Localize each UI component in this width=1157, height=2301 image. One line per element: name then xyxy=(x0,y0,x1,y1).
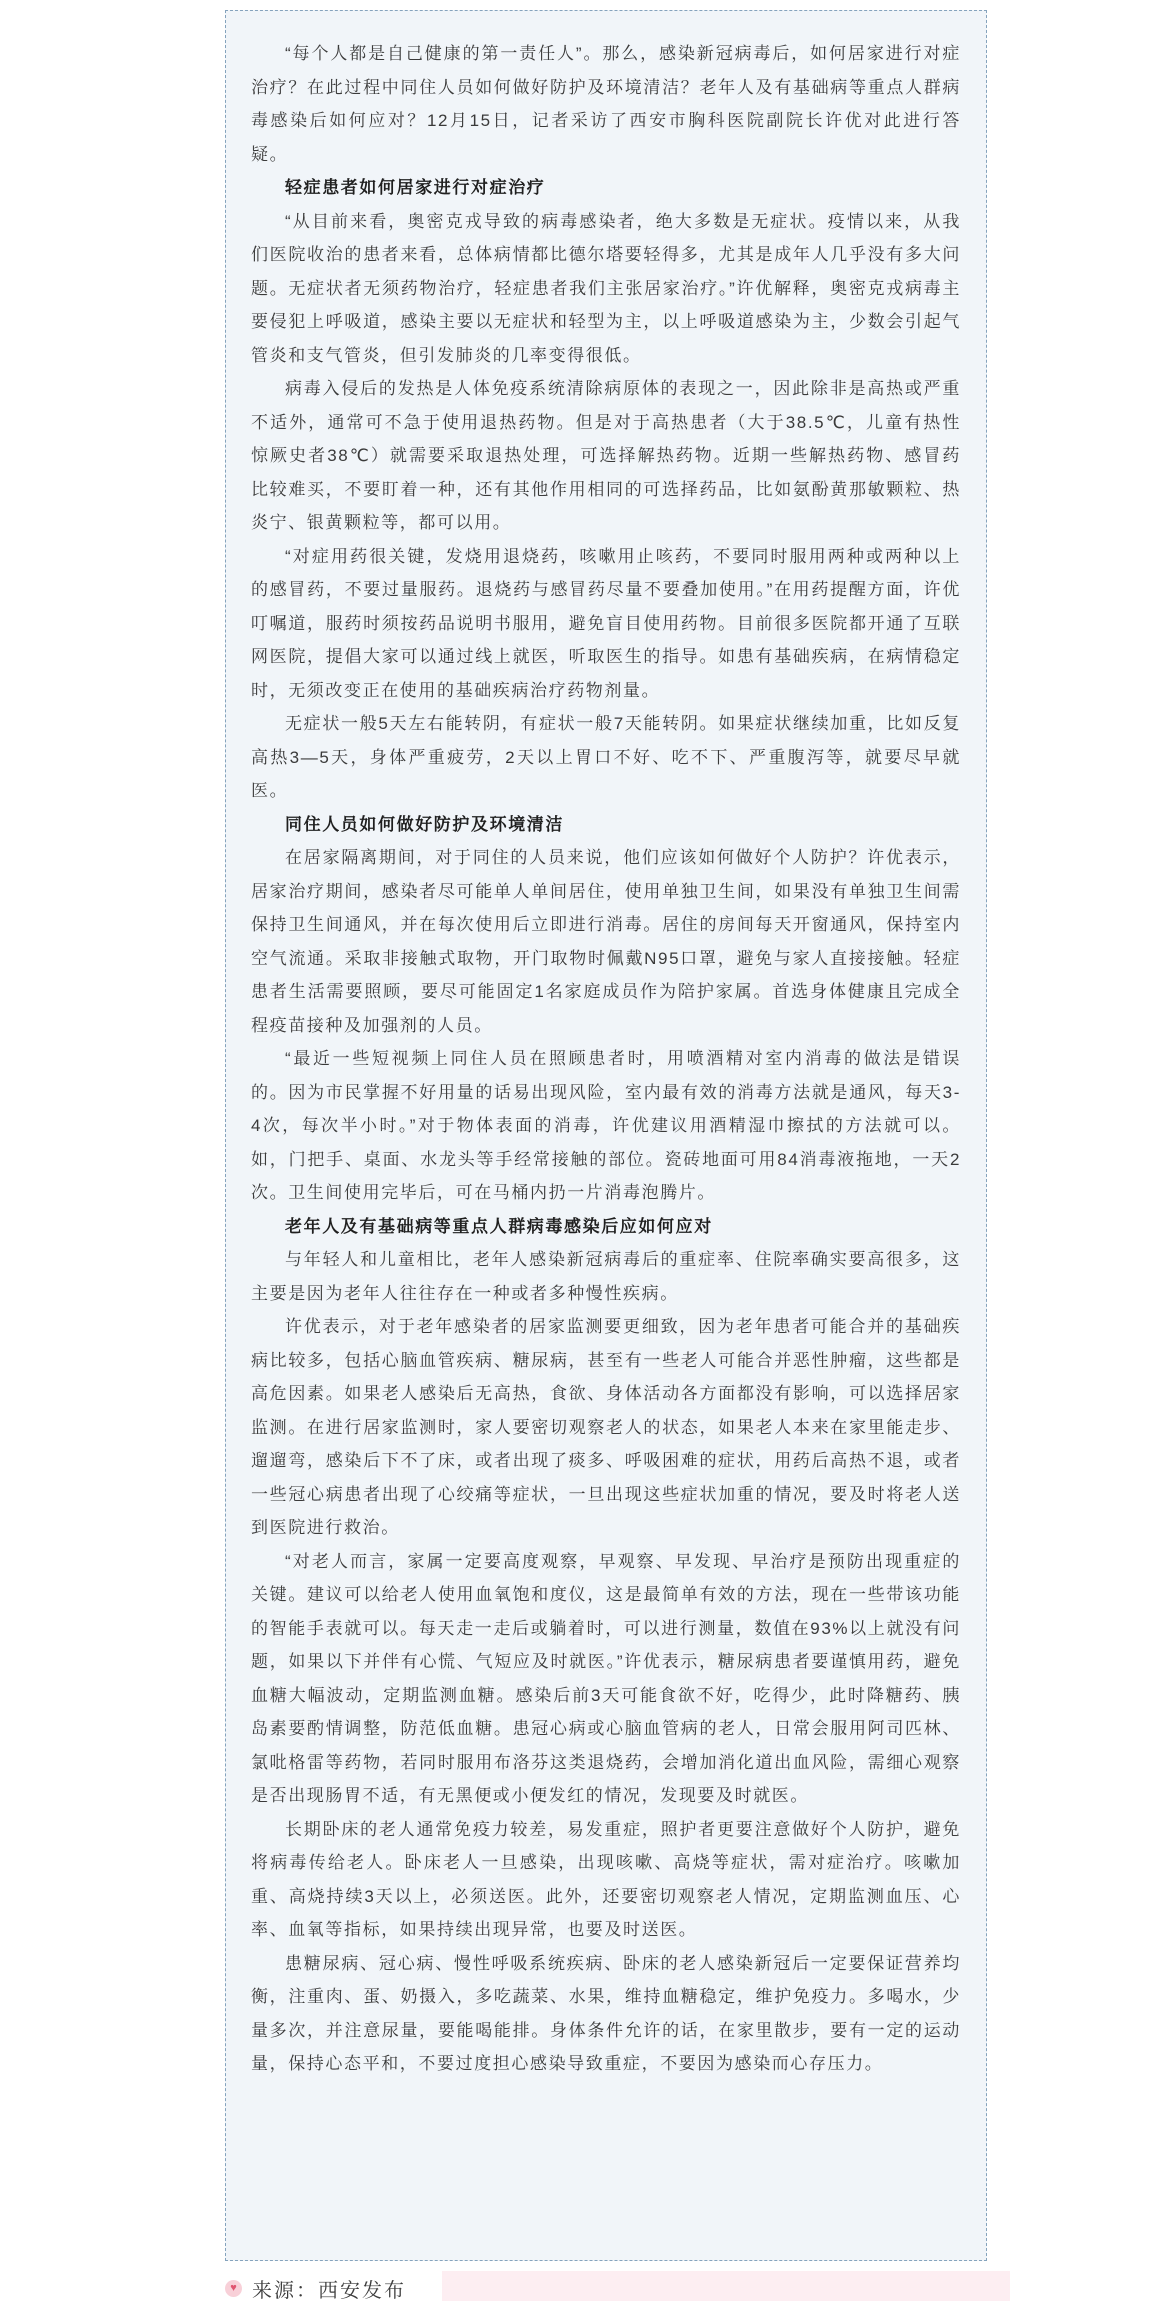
article-paragraph: 无症状一般5天左右能转阴，有症状一般7天能转阴。如果症状继续加重，比如反复高热3… xyxy=(251,707,961,808)
article-paragraph: 长期卧床的老人通常免疫力较差，易发重症，照护者更要注意做好个人防护，避免将病毒传… xyxy=(251,1813,961,1947)
article-paragraph: 患糖尿病、冠心病、慢性呼吸系统疾病、卧床的老人感染新冠后一定要保证营养均衡，注重… xyxy=(251,1947,961,2081)
article-page: “每个人都是自己健康的第一责任人”。那么，感染新冠病毒后，如何居家进行对症治疗？… xyxy=(0,0,1157,2301)
article-body: “每个人都是自己健康的第一责任人”。那么，感染新冠病毒后，如何居家进行对症治疗？… xyxy=(251,37,961,2081)
article-paragraph: “对老人而言，家属一定要高度观察，早观察、早发现、早治疗是预防出现重症的关键。建… xyxy=(251,1545,961,1813)
article-content-box: “每个人都是自己健康的第一责任人”。那么，感染新冠病毒后，如何居家进行对症治疗？… xyxy=(225,10,987,2261)
article-paragraph: “每个人都是自己健康的第一责任人”。那么，感染新冠病毒后，如何居家进行对症治疗？… xyxy=(251,37,961,171)
source-label: 来源：西安发布 xyxy=(252,2274,406,2301)
article-paragraph: 病毒入侵后的发热是人体免疫系统清除病原体的表现之一，因此除非是高热或严重不适外，… xyxy=(251,372,961,540)
source-highlight-strip xyxy=(442,2271,1010,2301)
section-heading: 同住人员如何做好防护及环境清洁 xyxy=(251,808,961,842)
article-paragraph: 许优表示，对于老年感染者的居家监测要更细致，因为老年患者可能合并的基础疾病比较多… xyxy=(251,1310,961,1545)
section-heading: 老年人及有基础病等重点人群病毒感染后应如何应对 xyxy=(251,1210,961,1244)
article-paragraph: “对症用药很关键，发烧用退烧药，咳嗽用止咳药，不要同时服用两种或两种以上的感冒药… xyxy=(251,540,961,708)
section-heading: 轻症患者如何居家进行对症治疗 xyxy=(251,171,961,205)
heart-icon: ♥ xyxy=(225,2280,242,2297)
article-paragraph: “最近一些短视频上同住人员在照顾患者时，用喷酒精对室内消毒的做法是错误的。因为市… xyxy=(251,1042,961,1210)
source-row: ♥ 来源：西安发布 xyxy=(225,2268,1010,2301)
article-paragraph: “从目前来看，奥密克戎导致的病毒感染者，绝大多数是无症状。疫情以来，从我们医院收… xyxy=(251,205,961,373)
article-paragraph: 与年轻人和儿童相比，老年人感染新冠病毒后的重症率、住院率确实要高很多，这主要是因… xyxy=(251,1243,961,1310)
article-paragraph: 在居家隔离期间，对于同住的人员来说，他们应该如何做好个人防护？许优表示，居家治疗… xyxy=(251,841,961,1042)
